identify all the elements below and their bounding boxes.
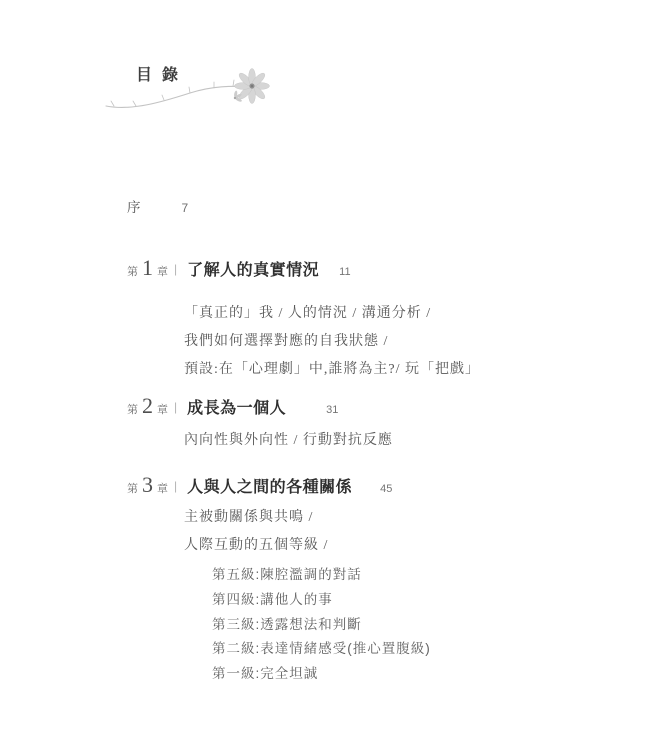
chapter-row-2: 第 2 章 | 成長為一個人 31 (127, 395, 338, 418)
chapter-row-3: 第 3 章 | 人與人之間的各種關係 45 (127, 474, 392, 497)
level-line: 第三級:透露想法和判斷 (212, 613, 362, 633)
level-line: 第四級:講他人的事 (212, 588, 333, 608)
flower-branch-decoration (102, 56, 317, 118)
subtopic-line: 「真正的」我 / 人的情況 / 溝通分析 / (184, 302, 431, 322)
preface-row: 序 7 (127, 196, 188, 216)
subtopic-line: 主被動關係與共鳴 / (184, 506, 313, 526)
subtopic-line: 我們如何選擇對應的自我狀態 / (184, 330, 388, 350)
subtopic-line: 內向性與外向性 / 行動對抗反應 (184, 429, 393, 449)
chapter-number: 3 (142, 474, 153, 496)
flower-icon (235, 69, 270, 104)
chapter-suffix: 章 (157, 480, 168, 496)
chapter-row-1: 第 1 章 | 了解人的真實情況 11 (127, 257, 351, 280)
chapter-prefix: 第 (127, 263, 138, 279)
level-line: 第一級:完全坦誠 (212, 662, 318, 682)
chapter-page-number: 11 (339, 266, 350, 278)
preface-page-number: 7 (182, 201, 189, 215)
subtopic-line: 人際互動的五個等級 / (184, 534, 328, 554)
chapter-title: 了解人的真實情況 (187, 257, 319, 280)
branch-stem (106, 86, 253, 107)
chapter-suffix: 章 (157, 401, 168, 417)
chapter-title: 人與人之間的各種關係 (187, 474, 352, 497)
chapter-prefix: 第 (127, 480, 138, 496)
subtopic-line: 預設:在「心理劇」中,誰將為主?/ 玩「把戲」 (184, 358, 480, 378)
chapter-prefix: 第 (127, 401, 138, 417)
preface-label: 序 (127, 196, 142, 216)
chapter-page-number: 45 (380, 483, 392, 495)
level-line: 第二級:表達情緒感受(推心置腹級) (212, 637, 431, 657)
chapter-suffix: 章 (157, 263, 168, 279)
page-title: 目錄 (136, 62, 188, 85)
chapter-page-number: 31 (326, 404, 338, 416)
level-line: 第五級:陳腔濫調的對話 (212, 563, 362, 583)
chapter-divider: | (174, 262, 177, 276)
chapter-number: 2 (142, 395, 153, 417)
chapter-divider: | (174, 400, 177, 414)
chapter-divider: | (174, 479, 177, 493)
toc-page: 目錄 序 7 第 1 章 | 了解人的真實情況 11 「真正的」我 / 人的情況… (0, 0, 650, 750)
chapter-number: 1 (142, 257, 153, 279)
chapter-title: 成長為一個人 (187, 395, 286, 418)
